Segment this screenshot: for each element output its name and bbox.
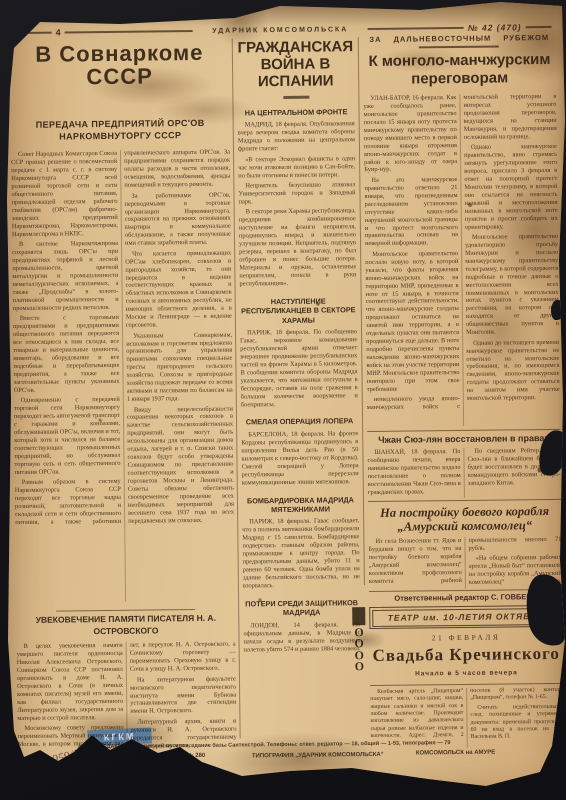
article-sovnarkom-body: Совет Народных Комиссаров Союза ССР прин… [11,149,235,603]
ornament-divider [283,96,309,99]
paragraph: Что касается принадлежащих ОРС'ам хлебоп… [125,249,232,330]
city-line: КОМСОМОЛЬСК на АМУРЕ [416,750,496,757]
paragraph: ЛОНДОН, 14 февраля. По официальным данны… [243,621,360,654]
issue-number-group: № 42 (470) [368,22,552,34]
paper-tear [551,300,564,320]
page-content: 4 УДАРНИК КОМСОМОЛЬСКА № 42 (470) В Совн… [0,0,566,800]
paragraph: Указанным Совнаркомам, исполкомам и горс… [126,331,233,404]
theater-play-title: Свадьба Кречинского [370,644,563,666]
paragraph: Монгольское правительство послало новую … [365,250,460,394]
paragraph: Однако до настоящего времени манчжурское… [466,338,560,403]
paragraph: Одновременно с передачей торговой сети Н… [14,396,121,477]
theater-time: Начало в 5 часов вечера [370,669,563,678]
paragraph: В секторе реки Харамы республиканцы, пре… [239,207,357,288]
section-divider [368,499,561,502]
spain-subhead-losses: ПОТЕРИ СРЕДИ ЗАЩИТНИКОВ МАДРИДА [243,598,360,618]
printer-line: ТИПОГРАФИЯ „УДАРНИК КОМСОМОЛЬСКА“ [252,752,384,759]
scanned-newspaper-screenshot: { "colors":{"background":"#141418","pape… [0,0,566,800]
classified-ad: Считать недействительными след. похищенн… [470,704,563,742]
paragraph: Однако манчжурское правительство, явно с… [464,143,558,231]
paragraph: За работниками ОРС'ов, переводимыми в то… [124,191,231,248]
spain-subhead-central-front: НА ЦЕНТРАЛЬНОМ ФРОНТЕ [238,107,355,118]
section-divider [367,429,560,432]
spain-subhead-lopera: СМЕЛАЯ ОПЕРАЦИЯ ЛОПЕРА [241,417,358,428]
article-spain: ГРАЖДАНСКАЯ ВОЙНА В ИСПАНИИ НА ЦЕНТРАЛЬН… [237,39,361,656]
paragraph: «В секторе Эскориал фашисты в один час н… [238,155,355,180]
paragraph: В системе Наркомтяжпрома сохранятся лишь… [12,240,119,313]
header-rule [526,26,552,28]
paragraph: МАДРИД, 18 февраля. Опубликованная вчера… [238,121,355,154]
censor-line: УПОЛНОМОЧЕННЫЙ ОБЛЛИТА № 280 [92,753,205,760]
newspaper-page: 4 УДАРНИК КОМСОМОЛЬСКА № 42 (470) В Совн… [0,0,566,800]
article-mongolia-body: УЛАН-БАТОР, 16 февраля. Как уже сообщало… [363,93,560,427]
paragraph: БАРСЕЛОНА, 18 февраля. На фронте Кордовы… [241,430,359,487]
article-sovnarkom: В Совнаркоме СССР ПЕРЕДАЧА ПРЕДПРИЯТИЙ О… [10,41,237,754]
section-divider [56,609,195,612]
paragraph: Вместе с торговыми предприятиями и предп… [13,314,120,395]
header-rule [65,30,193,33]
article-ostrovsky-title: УВЕКОВЕЧЕНИЕ ПАМЯТИ ПИСАТЕЛЯ Н. А. ОСТРО… [16,613,235,638]
paragraph: В целях увековечения памяти умершего пис… [17,642,124,723]
chain-ring-icon: О [352,661,367,673]
spain-subhead-jarama: НАСТУПЛЕНИЕ РЕСПУБЛИКАНЦЕВ В СЕКТОРЕ ХАР… [240,296,357,326]
article-zhang-body: ШАНХАЙ, 18 февраля. По сообщению печати,… [367,447,561,499]
paragraph: ПАРИЖ, 18 февраля. Гавас сообщает, что в… [242,518,360,591]
paragraph: УЛАН-БАТОР, 16 февраля. Как уже сообщало… [363,94,457,174]
issue-number: № 42 (470) [468,22,522,33]
article-mongolia-title: К монголо-манчжурским переговорам [363,51,556,89]
paragraph: Ввиду нецелесообразности сохранения неко… [127,405,234,525]
spain-subhead-bombing: БОМБАРДИРОВКА МАДРИДА МЯТЕЖНИКАМИ [242,495,359,515]
article-ship-title: На постройку боевого корабля „Амурский к… [368,504,561,535]
header-rule [368,27,464,30]
paragraph: ПАРИЖ, 18 февраля. По сообщению Гавас, в… [240,328,358,409]
page-number-group: 4 [10,26,193,38]
paragraph: На литературном факультете московского п… [130,675,236,716]
article-spain-title: ГРАЖДАНСКАЯ ВОЙНА В ИСПАНИИ [237,39,355,91]
paragraph: Монгольское правительство удовлетворило … [465,233,559,337]
paragraph: Неприятель безуспешно атаковал Университ… [238,181,355,206]
article-sovnarkom-title: В Совнаркоме СССР [10,41,230,90]
kicker-rule [419,46,499,49]
article-zhang-title: Чжан Сюэ-лян восстановлен в правах [367,433,560,445]
library-ink-stamp: КГКМ [87,727,152,746]
page-number: 4 [56,27,61,37]
header-rule [10,32,52,34]
paragraph: ШАНХАЙ, 18 февраля. По сообщению печати,… [367,448,461,497]
article-sovnarkom-subtitle: ПЕРЕДАЧА ПРЕДПРИЯТИЙ ОРС'ОВ НАРКОМВНУТОР… [15,117,226,144]
far-east-kicker: ЗА ДАЛЬНЕВОСТОЧНЫМ РУБЕЖОМ [363,33,556,44]
paragraph: На это манчжурское правительство ответил… [364,176,458,248]
ad-decoration-column: О О О О [351,607,367,673]
far-east-section: ЗА ДАЛЬНЕВОСТОЧНЫМ РУБЕЖОМ К монголо-ман… [363,33,564,749]
printer-ornament-block [352,607,365,625]
paragraph: Совет Народных Комиссаров Союза ССР прин… [11,150,118,239]
section-divider [370,683,563,686]
newspaper-name: УДАРНИК КОМСОМОЛЬСКА [212,26,348,35]
